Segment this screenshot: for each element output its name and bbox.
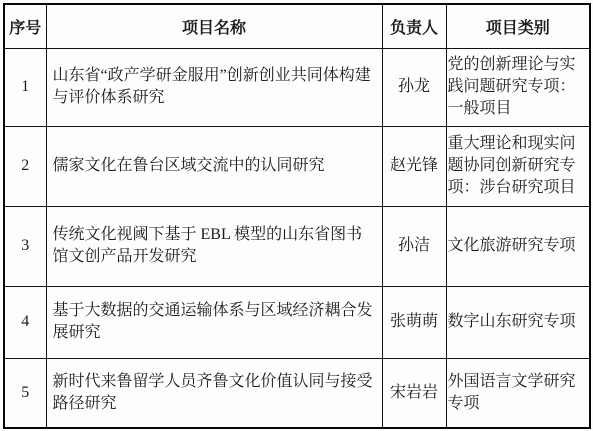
cell-category: 重大理论和现实问题协同创新研究专项：涉台研究项目 bbox=[446, 126, 590, 206]
cell-leader: 赵光锋 bbox=[382, 126, 446, 206]
table-row: 1 山东省“政产学研金服用”创新创业共同体构建与评价体系研究 孙龙 党的创新理论… bbox=[4, 48, 590, 126]
cell-project-name: 传统文化视阈下基于 EBL 模型的山东省图书馆文创产品开发研究 bbox=[46, 206, 382, 286]
table-row: 4 基于大数据的交通运输体系与区域经济耦合发展研究 张萌萌 数字山东研究专项 bbox=[4, 286, 590, 358]
header-project-name: 项目名称 bbox=[46, 4, 382, 48]
cell-leader: 张萌萌 bbox=[382, 286, 446, 358]
cell-leader: 宋岩岩 bbox=[382, 358, 446, 428]
header-no: 序号 bbox=[4, 4, 46, 48]
table-row: 3 传统文化视阈下基于 EBL 模型的山东省图书馆文创产品开发研究 孙洁 文化旅… bbox=[4, 206, 590, 286]
cell-leader: 孙龙 bbox=[382, 48, 446, 126]
cell-category: 文化旅游研究专项 bbox=[446, 206, 590, 286]
cell-leader: 孙洁 bbox=[382, 206, 446, 286]
cell-no: 5 bbox=[4, 358, 46, 428]
header-category: 项目类别 bbox=[446, 4, 590, 48]
cell-no: 3 bbox=[4, 206, 46, 286]
cell-no: 1 bbox=[4, 48, 46, 126]
cell-no: 4 bbox=[4, 286, 46, 358]
table-row: 5 新时代来鲁留学人员齐鲁文化价值认同与接受路径研究 宋岩岩 外国语言文学研究专… bbox=[4, 358, 590, 428]
header-leader: 负责人 bbox=[382, 4, 446, 48]
cell-project-name: 儒家文化在鲁台区域交流中的认同研究 bbox=[46, 126, 382, 206]
cell-category: 数字山东研究专项 bbox=[446, 286, 590, 358]
projects-table: 序号 项目名称 负责人 项目类别 1 山东省“政产学研金服用”创新创业共同体构建… bbox=[3, 3, 591, 429]
cell-project-name: 新时代来鲁留学人员齐鲁文化价值认同与接受路径研究 bbox=[46, 358, 382, 428]
cell-project-name: 山东省“政产学研金服用”创新创业共同体构建与评价体系研究 bbox=[46, 48, 382, 126]
cell-category: 外国语言文学研究专项 bbox=[446, 358, 590, 428]
table-header-row: 序号 项目名称 负责人 项目类别 bbox=[4, 4, 590, 48]
cell-project-name: 基于大数据的交通运输体系与区域经济耦合发展研究 bbox=[46, 286, 382, 358]
document-page: 序号 项目名称 负责人 项目类别 1 山东省“政产学研金服用”创新创业共同体构建… bbox=[0, 0, 593, 431]
cell-category: 党的创新理论与实践问题研究专项：一般项目 bbox=[446, 48, 590, 126]
table-row: 2 儒家文化在鲁台区域交流中的认同研究 赵光锋 重大理论和现实问题协同创新研究专… bbox=[4, 126, 590, 206]
cell-no: 2 bbox=[4, 126, 46, 206]
